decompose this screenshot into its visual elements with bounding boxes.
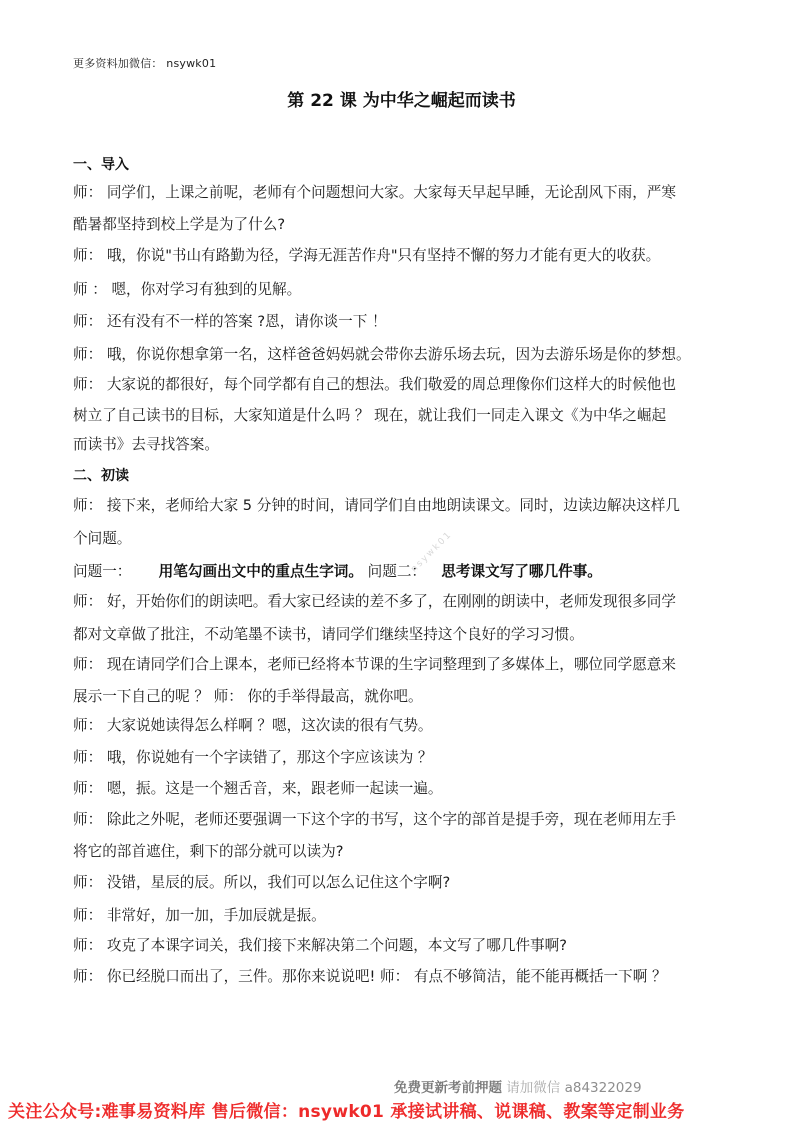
dialogue-line: 都对文章做了批注，不动笔墨不读书，请同学们继续坚持这个良好的学习习惯。 [73,625,584,645]
dialogue-line: 师： 接下来，老师给大家 5 分钟的时间，请同学们自由地朗读课文。同时，边读边解… [73,496,680,516]
dialogue-line: 酷暑都坚持到校上学是为了什么? [73,215,285,235]
dialogue-line: 师： 好，开始你们的朗读吧。看大家已经读的差不多了，在刚刚的朗读中，老师发现很多… [73,592,676,612]
dialogue-line: 师： 非常好，加一加，手加辰就是振。 [73,906,326,926]
dialogue-line: 将它的部首遮住，剩下的部分就可以读为? [73,842,343,862]
footer-wechat-id: a84322029 [565,1080,642,1096]
footer-promo-banner: 关注公众号:难事易资料库 售后微信：nsywk01 承接试讲稿、说课稿、教案等定… [8,1097,685,1122]
dialogue-line: 师： 你已经脱口而出了，三件。那你来说说吧! 师： 有点不够简洁，能不能再概括一… [73,967,667,987]
dialogue-line: 师： 哦，你说她有一个字读错了，那这个字应该读为 ？ [73,748,433,768]
footer-update-text: 免费更新考前押题 [394,1080,502,1096]
footer-update-notice: 免费更新考前押题 请加微信 a84322029 [394,1076,642,1096]
section-heading-intro: 一、导入 [73,155,129,175]
dialogue-line: 师 ： 嗯，你对学习有独到的见解。 [73,280,301,300]
dialogue-line: 师： 哦，你说"书山有路勤为径，学海无涯苦作舟"只有坚持不懈的努力才能有更大的收… [73,246,660,266]
lesson-title: 第 22 课 为中华之崛起而读书 [0,86,793,111]
section-heading-first-read: 二、初读 [73,466,129,486]
dialogue-line: 而读书》去寻找答案。 [73,435,219,455]
question-1-label: 问题一： [73,563,131,580]
dialogue-line: 师： 现在请同学们合上课本，老师已经将本节课的生字词整理到了多媒体上，哪位同学愿… [73,655,676,675]
document-page: 更多资料加微信： nsywk01 第 22 课 为中华之崛起而读书 一、导入 师… [0,0,793,1122]
dialogue-line: 展示一下自己的呢 ？ 师： 你的手举得最高，就你吧。 [73,687,423,707]
dialogue-line: 师： 攻克了本课字词关，我们接下来解决第二个问题，本文写了哪几件事啊? [73,936,567,956]
dialogue-line: 师： 没错，星辰的辰。所以，我们可以怎么记住这个字啊? [73,873,450,893]
question-1-text: 用笔勾画出文中的重点生字词。 [159,563,363,580]
dialogue-line: 师： 大家说的都很好，每个同学都有自己的想法。我们敬爱的周总理像你们这样大的时候… [73,375,676,395]
question-2-text: 思考课文写了哪几件事。 [441,563,602,580]
dialogue-line: 个问题。 [73,529,131,549]
footer-add-wechat-text: 请加微信 [506,1080,560,1096]
dialogue-line: 师： 大家说她读得怎么样啊 ？嗯，这次读的很有气势。 [73,716,433,736]
dialogue-line: 师： 同学们，上课之前呢，老师有个问题想问大家。大家每天早起早睡，无论刮风下雨，… [73,183,676,203]
dialogue-line: 树立了自己读书的目标，大家知道是什么吗 ？ 现在，就让我们一同走入课文《为中华之… [73,406,666,426]
question-line: 问题一： 用笔勾画出文中的重点生字词。 问题二： 思考课文写了哪几件事。 [73,562,602,582]
dialogue-line: 师： 哦，你说你想拿第一名，这样爸爸妈妈就会带你去游乐场去玩，因为去游乐场是你的… [73,345,691,365]
dialogue-line: 师： 除此之外呢，老师还要强调一下这个字的书写，这个字的部首是提手旁，现在老师用… [73,810,676,830]
dialogue-line: 师： 嗯，振。这是一个翘舌音，来，跟老师一起读一遍。 [73,779,443,799]
header-contact-note: 更多资料加微信： nsywk01 [73,55,216,71]
dialogue-line: 师： 还有没有不一样的答案 ?恩，请你谈一下 ！ [73,312,387,332]
